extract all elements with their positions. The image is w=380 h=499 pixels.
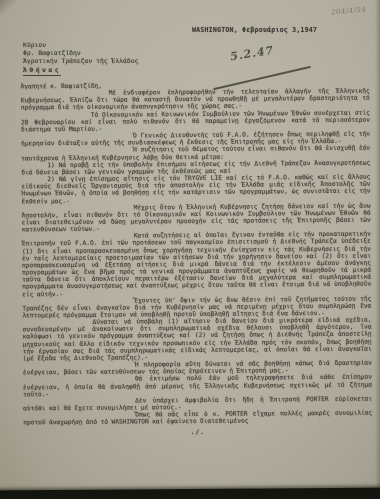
letter-paragraph: Μέχρις ὅτου ἡ Ἑλληνική Κυβέρνησις ζητήσῃ…: [22, 202, 371, 233]
letter-paragraph: Τό Οἰκονομικόν καί Κοινωνικόν Συμβούλιον…: [21, 109, 370, 133]
letter-paragraph: Ἔχοντες ὑπ' ὄψιν τήν ὡς ἄνω θέσιν ἐπί το…: [22, 295, 371, 319]
scan-bottom-edge: [0, 488, 380, 499]
recipient-organization: Ἀγροτικήν Τράπεζαν τῆς Ἑλλάδος: [23, 57, 138, 65]
scan-edge-shadow: [375, 0, 380, 499]
recipient-title: Κύριον: [23, 41, 138, 49]
letter-body: Ἀγαπητέ κ. Βαφιατζίδη, Μέ ἐνδιαφέρον ἐπλ…: [21, 81, 373, 437]
handwritten-archive-note: 204/4/54: [330, 5, 366, 16]
letter-paragraph: Θά ἐκτιμήσω πολύ ἐάν μοῦ τηλεγραφήσετε δ…: [23, 374, 372, 398]
letter-paragraph: Κατά συζητήσεις αἱ ὁποῖαι ἔγιναν ἐνταῦθα…: [22, 231, 371, 298]
letter-paragraph: Μέ ἐνδιαφέρον ἐπληροφορήθην τήν τελευταί…: [21, 88, 370, 112]
dateline: WASHINGTON, Φεβρουάριος 3,1947: [192, 26, 317, 34]
letter-numbered-item: 2) Νά γίνῃ ἐπίσημος αἴτησις εἰς τόν TRYG…: [21, 174, 370, 205]
continuation-mark: ./.: [23, 427, 372, 437]
scanned-letter-page: 204/4/54 WASHINGTON, Φεβρουάριος 3,1947 …: [0, 0, 380, 499]
letter-paragraph: Ὅπως θά σᾶς εἶπε ὁ κ. PORTER εἴχαμε πολλ…: [23, 410, 372, 427]
scan-corner-shadow: [0, 0, 20, 20]
handwritten-date-stamp: 5.2.47: [229, 44, 275, 64]
recipient-address-block: Κύριον Φρ. Βαφιατζίδην Ἀγροτικήν Τράπεζα…: [23, 41, 138, 76]
recipient-name: Φρ. Βαφιατζίδην: [23, 49, 138, 57]
letter-paragraph: Δύναται νά ὑποβάλῃ (1) αἴτησιν διά δανεί…: [22, 317, 371, 363]
recipient-city: Ἀθήνας: [23, 66, 61, 76]
